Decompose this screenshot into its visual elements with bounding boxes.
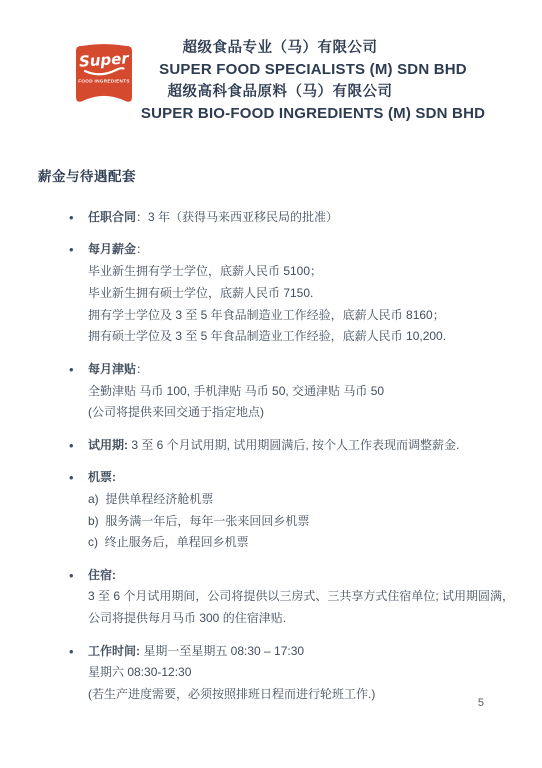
bullet-lead: 每月薪金 (88, 242, 136, 256)
bullet-subline: 公司将提供每月马币 300 的住宿津贴. (88, 608, 522, 630)
bullet-subline: b) 服务满一年后，每年一张来回回乡机票 (88, 511, 522, 533)
company-name-en-1: SUPER FOOD SPECIALISTS (M) SDN BHD (90, 59, 536, 81)
bullet-subline: 3 至 6 个月试用期间，公司将提供以三房式、三共享方式住宿单位; 试用期圆满， (88, 586, 522, 608)
benefit-list: 任职合同：3 年（获得马来西亚移民局的批准） 每月薪金： 毕业新生拥有学士学位，… (38, 207, 522, 706)
bullet-lead: 工作时间: (88, 644, 140, 658)
bullet-subline: a) 提供单程经济舱机票 (88, 489, 522, 511)
bullet-text: 任职合同：3 年（获得马来西亚移民局的批准） (88, 207, 522, 229)
bullet-lead: 试用期: (88, 438, 128, 452)
bullet-rest: 3 至 6 个月试用期, 试用期圆满后, 按个人工作表现而调整薪金. (128, 438, 459, 452)
bullet-lead: 机票: (88, 470, 116, 484)
bullet-subline: 拥有硕士学位及 3 至 5 年食品制造业工作经验，底薪人民币 10,200. (88, 326, 522, 348)
company-name-en-2: SUPER BIO-FOOD INGREDIENTS (M) SDN BHD (90, 103, 536, 125)
bullet-subline: (公司将提供来回交通于指定地点) (88, 402, 522, 424)
bullet-subline: 全勤津贴 马币 100, 手机津贴 马币 50, 交通津贴 马币 50 (88, 381, 522, 403)
bullet-text: 每月津贴： (88, 359, 522, 381)
bullet-lead: 每月津贴 (88, 362, 136, 376)
bullet-text: 每月薪金： (88, 239, 522, 261)
bullet-rest: ： (136, 362, 148, 376)
bullet-text: 试用期: 3 至 6 个月试用期, 试用期圆满后, 按个人工作表现而调整薪金. (88, 435, 522, 457)
bullet-text: 工作时间: 星期一至星期五 08:30 – 17:30 (88, 641, 522, 663)
bullet-item-accommodation: 住宿: 3 至 6 个月试用期间，公司将提供以三房式、三共享方式住宿单位; 试用… (38, 565, 522, 630)
bullet-subline: 星期六 08:30-12:30 (88, 662, 522, 684)
document-page: Super FOOD INGREDIENTS 超级食品专业（马）有限公司 SUP… (0, 0, 542, 768)
company-names: 超级食品专业（马）有限公司 SUPER FOOD SPECIALISTS (M)… (90, 37, 536, 125)
bullet-lead: 任职合同 (88, 210, 136, 224)
bullet-rest: 星期一至星期五 08:30 – 17:30 (140, 644, 304, 658)
bullet-subline: 拥有学士学位及 3 至 5 年食品制造业工作经验，底薪人民币 8160； (88, 305, 522, 327)
bullet-item-working-hours: 工作时间: 星期一至星期五 08:30 – 17:30 星期六 08:30-12… (38, 641, 522, 706)
bullet-item-flight-ticket: 机票: a) 提供单程经济舱机票 b) 服务满一年后，每年一张来回回乡机票 c)… (38, 467, 522, 554)
bullet-subline: 毕业新生拥有学士学位，底薪人民币 5100； (88, 261, 522, 283)
bullet-subline: (若生产进度需要，必须按照排班日程而进行轮班工作.) (88, 684, 522, 706)
document-body: 薪金与待遇配套 任职合同：3 年（获得马来西亚移民局的批准） 每月薪金： 毕业新… (38, 165, 522, 716)
bullet-item-contract: 任职合同：3 年（获得马来西亚移民局的批准） (38, 207, 522, 229)
bullet-rest: ： (136, 242, 148, 256)
section-title: 薪金与待遇配套 (38, 165, 522, 185)
company-name-cn-1: 超级食品专业（马）有限公司 (57, 37, 503, 59)
bullet-item-salary: 每月薪金： 毕业新生拥有学士学位，底薪人民币 5100； 毕业新生拥有硕士学位，… (38, 239, 522, 348)
bullet-lead: 住宿: (88, 568, 116, 582)
bullet-rest: ：3 年（获得马来西亚移民局的批准） (136, 210, 338, 224)
bullet-text: 机票: (88, 467, 522, 489)
bullet-subline: c) 终止服务后，单程回乡机票 (88, 532, 522, 554)
bullet-item-allowance: 每月津贴： 全勤津贴 马币 100, 手机津贴 马币 50, 交通津贴 马币 5… (38, 359, 522, 424)
bullet-item-probation: 试用期: 3 至 6 个月试用期, 试用期圆满后, 按个人工作表现而调整薪金. (38, 435, 522, 457)
letterhead: Super FOOD INGREDIENTS 超级食品专业（马）有限公司 SUP… (0, 0, 542, 140)
company-name-cn-2: 超级高科食品原料（马）有限公司 (57, 81, 503, 103)
bullet-subline: 毕业新生拥有硕士学位，底薪人民币 7150. (88, 283, 522, 305)
bullet-text: 住宿: (88, 565, 522, 587)
page-number: 5 (478, 697, 484, 709)
